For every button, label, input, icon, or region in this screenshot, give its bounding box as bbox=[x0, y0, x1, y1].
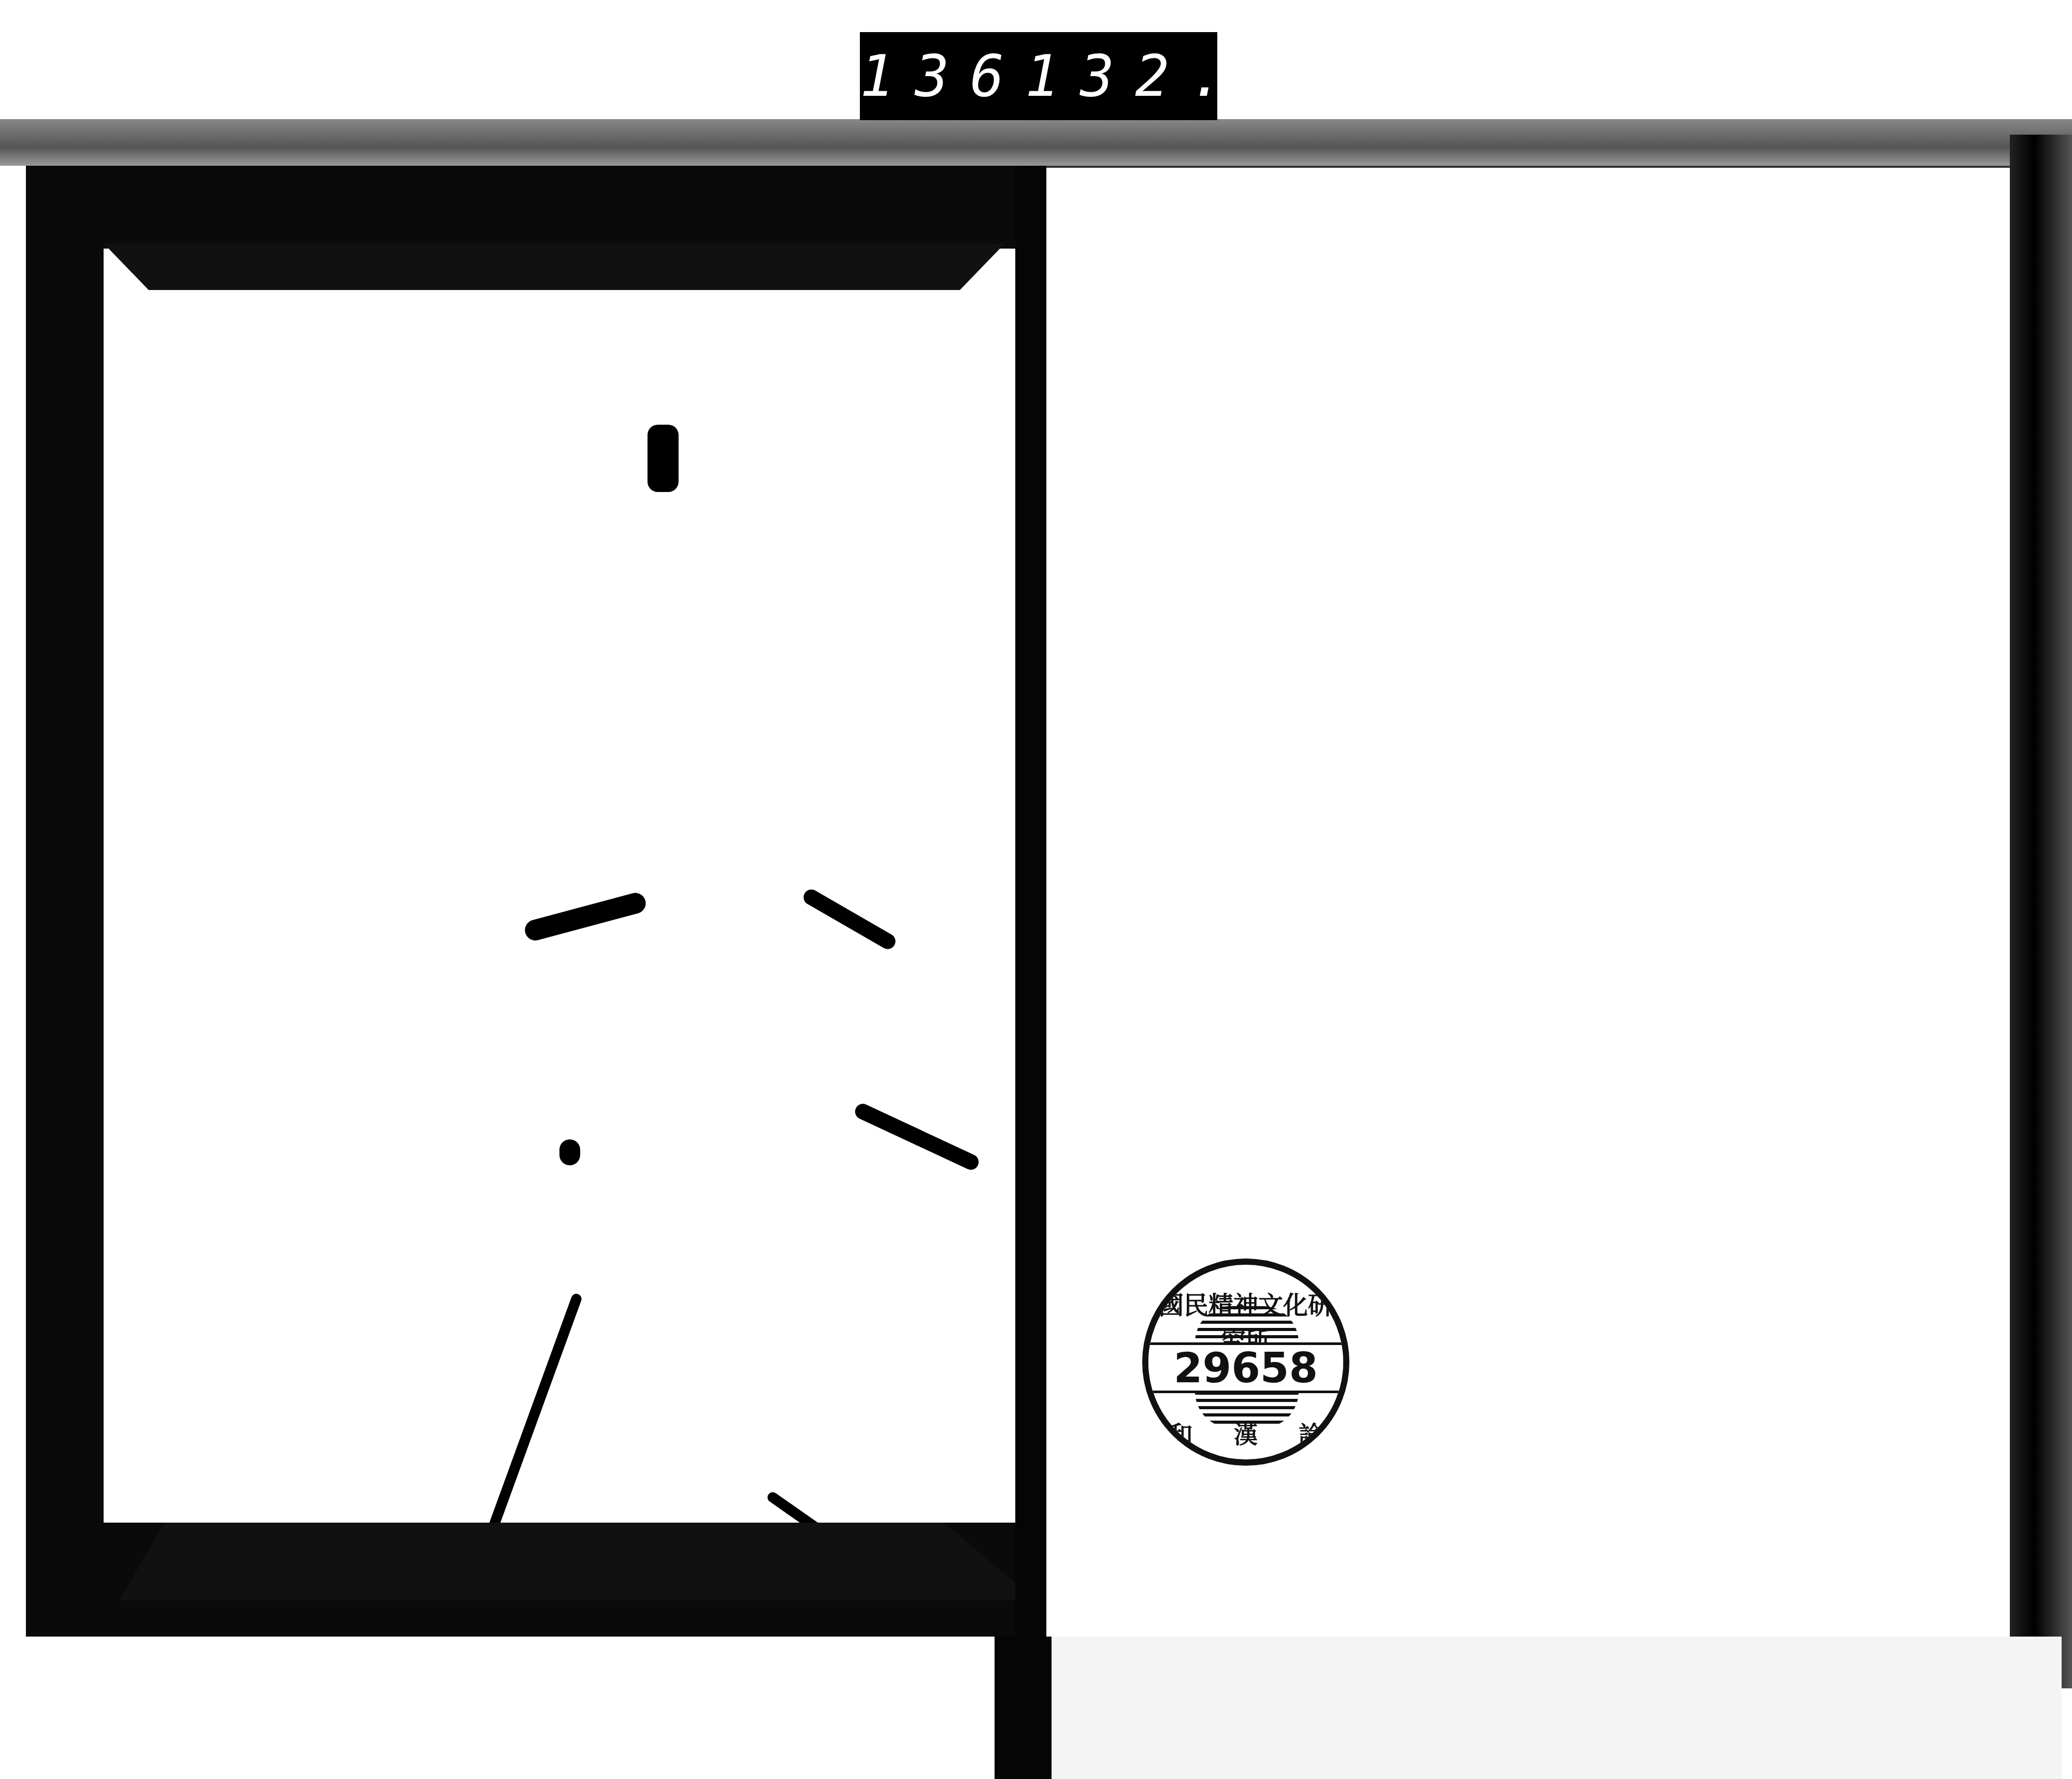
scan-bottom-area bbox=[1046, 1637, 2062, 1779]
shelf-label-tag: 136 132. bbox=[860, 32, 1217, 120]
wormhole-mark bbox=[523, 891, 648, 943]
book-spine-lower bbox=[995, 1637, 1052, 1779]
stamp-bottom-center: 漢 bbox=[1234, 1416, 1258, 1450]
left-cover-inner-panel bbox=[104, 249, 1015, 1523]
wormhole-mark bbox=[647, 425, 679, 492]
cover-bottom-border bbox=[119, 1523, 1036, 1600]
stamp-accession-number: 29658 bbox=[1148, 1342, 1343, 1393]
label-left-number: 136 bbox=[860, 43, 1025, 109]
stamp-bottom-left: 和 bbox=[1169, 1416, 1193, 1450]
stamp-bottom-right: 論 bbox=[1299, 1416, 1322, 1450]
wormhole-mark bbox=[801, 887, 898, 952]
wormhole-mark bbox=[853, 1101, 981, 1172]
wormhole-mark bbox=[559, 1139, 580, 1165]
cover-top-border bbox=[104, 243, 1005, 290]
book-spine bbox=[1015, 166, 1046, 1779]
label-right-number: 132. bbox=[1025, 43, 1245, 109]
library-stamp: 國民精神文化研究所 29658 和 漢 論 bbox=[1142, 1259, 1349, 1466]
scan-top-band bbox=[0, 119, 2072, 166]
stamp-classification: 和 漢 論 bbox=[1148, 1416, 1343, 1450]
right-page-edge bbox=[2010, 135, 2072, 1688]
